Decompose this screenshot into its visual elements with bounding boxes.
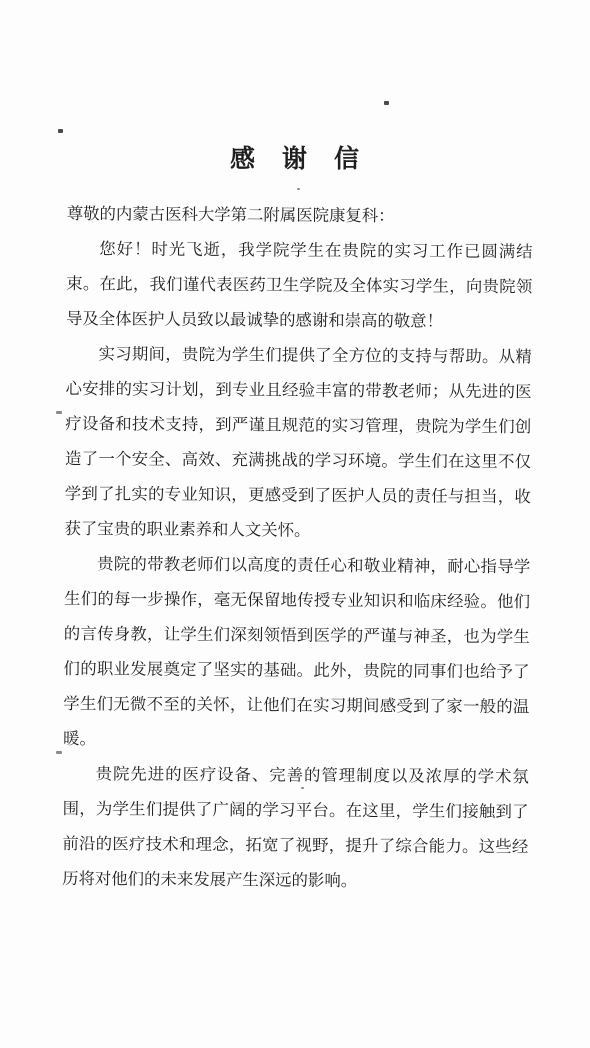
letter-title: 感 谢 信: [0, 146, 590, 175]
scan-speck: [56, 751, 62, 754]
scan-speck: [56, 411, 62, 414]
scan-speck: [384, 101, 389, 105]
letter-paragraph: 贵院的带教老师们以高度的责任心和敬业精神，耐心指导学生们的每一步操作，毫无保留地…: [63, 546, 530, 759]
letter-body: 尊敬的内蒙古医科大学第二附属医院康复科： 您好！时光飞逝，我学院学生在贵院的实习…: [62, 196, 533, 899]
scan-speck: [58, 129, 63, 133]
scanned-letter-page: 感 谢 信 尊敬的内蒙古医科大学第二附属医院康复科： 您好！时光飞逝，我学院学生…: [0, 0, 590, 1048]
letter-paragraphs: 您好！时光飞逝，我学院学生在贵院的实习工作已圆满结束。在此，我们谨代表医药卫生学…: [62, 231, 533, 899]
letter-salutation: 尊敬的内蒙古医科大学第二附属医院康复科：: [67, 196, 533, 234]
letter-paragraph: 实习期间，贵院为学生们提供了全方位的支持与帮助。从精心安排的实习计划，到专业且经…: [64, 336, 531, 549]
letter-paragraph: 您好！时光飞逝，我学院学生在贵院的实习工作已圆满结束。在此，我们谨代表医药卫生学…: [66, 231, 533, 339]
letter-paragraph: 贵院先进的医疗设备、完善的管理制度以及浓厚的学术氛围，为学生们提供了广阔的学习平…: [62, 756, 529, 899]
scan-speck: [297, 188, 300, 190]
